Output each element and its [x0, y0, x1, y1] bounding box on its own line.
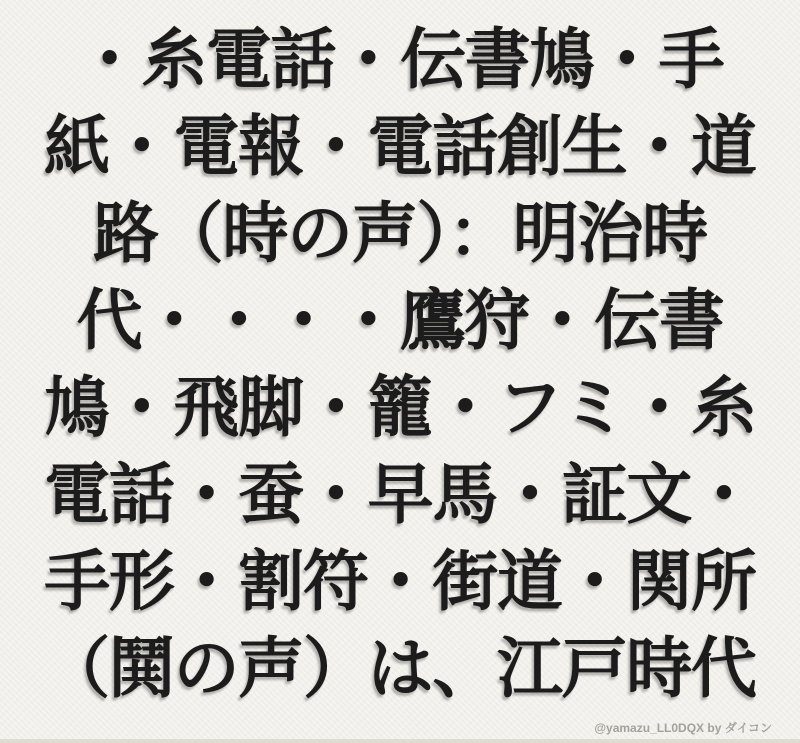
text-line: 手形・割符・街道・関所: [0, 538, 800, 625]
text-line: 紙・電報・電話創生・道: [0, 103, 800, 190]
text-line: 鳩・飛脚・籠・フミ・糸: [0, 364, 800, 451]
text-line: ・糸電話・伝書鳩・手: [0, 16, 800, 103]
text-line: 代・・・・鷹狩・伝書: [0, 277, 800, 364]
text-line: （鬨の声）は、江戸時代: [0, 625, 800, 712]
watermark-credit: @yamazu_LL0DQX by ダイコン: [594, 719, 772, 736]
text-line: 路（時の声）：明治時: [0, 190, 800, 277]
text-block: ・糸電話・伝書鳩・手 紙・電報・電話創生・道 路（時の声）：明治時 代・・・・鷹…: [0, 0, 800, 743]
bottom-edge-strip: [0, 739, 800, 743]
text-line: 電話・蚕・早馬・証文・: [0, 451, 800, 538]
